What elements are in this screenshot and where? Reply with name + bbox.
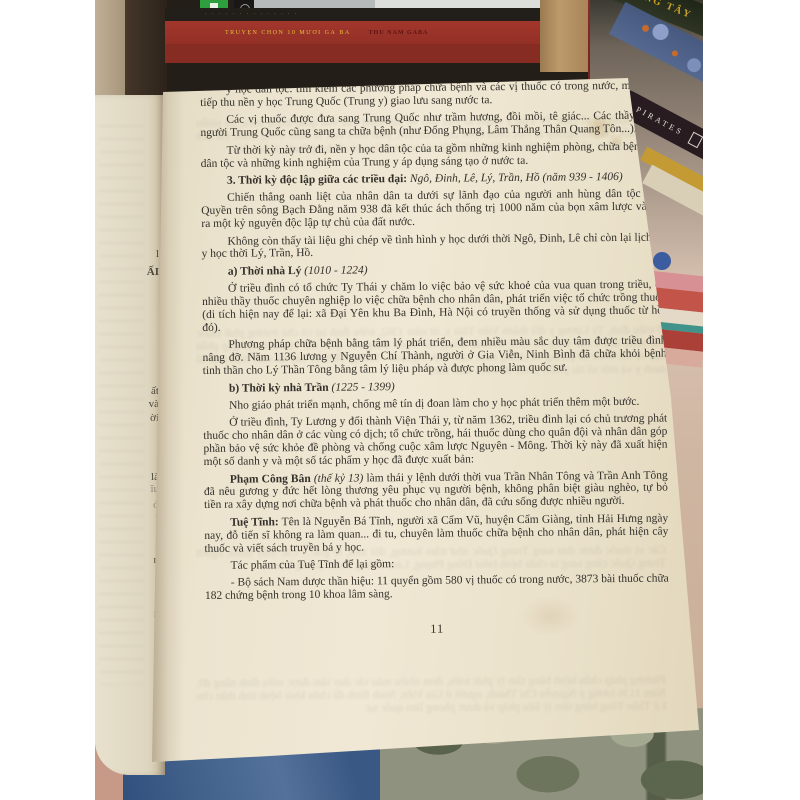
edge-glyph: ất — [151, 385, 159, 397]
person-name: Phạm Công Bân — [230, 472, 314, 485]
book-spine — [125, 0, 167, 105]
black-book-band: · · · · · · · · · · · · · · — [165, 8, 540, 21]
section-heading: 3. Thời kỳ độc lập giữa các triều đại: N… — [201, 170, 665, 187]
paragraph: Từ thời kỳ này trở đi, nền y học dân tộc… — [201, 140, 665, 170]
book-page: Ở triều đình có tổ chức Ty Thái y chăm l… — [150, 76, 702, 768]
red-book-lower — [165, 44, 540, 63]
ship-emblem-icon — [687, 131, 703, 148]
person-name: Tuệ Tĩnh: — [230, 516, 279, 528]
paragraph: Nho giáo phát triển mạnh, chống mê tín d… — [203, 396, 667, 413]
red-book-spine: TRUYỆN CHỌN 10 MƯỜI GÀ BA THU NAM GABA — [165, 21, 540, 44]
photo-canvas: · · · · · · · · · · · · · · TRUYỆN CHỌN … — [0, 0, 800, 800]
paragraph: Chiến thắng oanh liệt của nhân dân ta dư… — [201, 188, 665, 231]
bleedthrough-text: Phương pháp chữa bệnh bằng tâm lý phát t… — [196, 674, 666, 716]
paragraph: Ở triều đình có tổ chức Ty Thái y chăm l… — [202, 279, 666, 335]
subsection-heading: b) Thời kỳ nhà Trần (1225 - 1399) — [203, 378, 667, 395]
section-heading-label: 3. Thời kỳ độc lập giữa các triều đại: — [227, 173, 410, 187]
paragraph: Phạm Công Bân (thế kỷ 13) làm thái y lện… — [204, 469, 668, 512]
subsection-heading: a) Thời nhà Lý (1010 - 1224) — [202, 261, 666, 278]
subsection-heading-label: a) Thời nhà Lý — [228, 265, 305, 278]
book-page-edges — [95, 0, 125, 105]
edge-glyph: l — [156, 248, 159, 260]
shelf-wood-post — [540, 0, 588, 72]
subsection-heading-dates: (1010 - 1224) — [304, 264, 367, 277]
blue-object — [653, 252, 671, 270]
paragraph: Không còn thấy tài liệu ghi chép về tình… — [201, 231, 665, 261]
section-heading-dates: Ngô, Đinh, Lê, Lý, Trần, Hồ (năm 939 - 1… — [410, 171, 623, 185]
paragraph: Tác phẩm của Tuệ Tĩnh để lại gồm: — [205, 556, 669, 573]
subsection-heading-dates: (1225 - 1399) — [331, 381, 394, 394]
paragraph: Tuệ Tĩnh: Tên là Nguyễn Bá Tĩnh, người x… — [204, 512, 668, 555]
book-photo: · · · · · · · · · · · · · · TRUYỆN CHỌN … — [95, 0, 703, 800]
paragraph: - Bộ sách Nam dược thần hiệu: 11 quyển g… — [205, 573, 669, 603]
left-page-bleedthrough — [99, 125, 145, 685]
subsection-heading-label: b) Thời kỳ nhà Trần — [229, 381, 332, 394]
paragraph: Phương pháp chữa bệnh bằng tâm lý phát t… — [202, 335, 666, 378]
paragraph: Ở triều đình, Ty Lương y đổi thành Viện … — [203, 413, 667, 469]
red-spine-title: TRUYỆN CHỌN 10 MƯỜI GÀ BA — [165, 30, 351, 36]
paragraph: Các vị thuốc được đưa sang Trung Quốc nh… — [200, 110, 664, 140]
page-number: 11 — [205, 621, 669, 638]
edge-glyph: và — [149, 398, 159, 410]
page-text: y học dân tộc: tìm kiếm các phương pháp … — [200, 80, 669, 639]
red-spine-subtitle: THU NAM GABA — [351, 30, 429, 36]
spine-micro-text: · · · · · · · · · · · · · · — [165, 12, 299, 17]
person-era: (thế kỷ 13) — [314, 472, 364, 484]
edge-glyph: ẤI — [147, 266, 159, 278]
